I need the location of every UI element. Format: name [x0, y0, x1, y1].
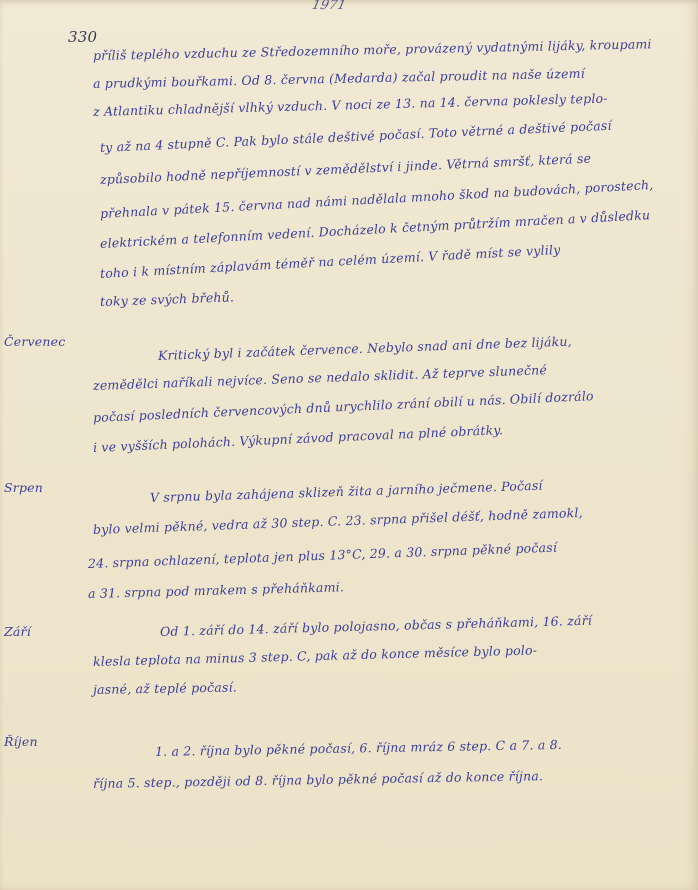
- text-line: počasí posledních červencových dnů urych…: [93, 388, 594, 425]
- text-line: V srpnu byla zahájena sklizeň žita a jar…: [150, 478, 543, 505]
- text-line: z Atlantiku chladnější vlhký vzduch. V n…: [93, 91, 608, 119]
- page-number: 330: [68, 28, 97, 46]
- text-line: toky ze svých břehů.: [100, 289, 235, 309]
- year-header: 1971: [310, 0, 347, 13]
- text-line: a prudkými bouřkami. Od 8. června (Medar…: [93, 66, 585, 91]
- text-line: jasné, až teplé počasí.: [93, 679, 237, 697]
- text-line: 1. a 2. října bylo pěkné počasí, 6. říjn…: [155, 737, 562, 759]
- text-line: Kritický byl i začátek července. Nebylo …: [158, 334, 572, 363]
- month-label: Září: [4, 624, 31, 639]
- month-label: Srpen: [4, 480, 43, 495]
- text-line: zemědělci naříkali nejvíce. Seno se neda…: [93, 362, 547, 393]
- month-label: Červenec: [4, 334, 65, 349]
- text-line: klesla teplota na minus 3 step. C, pak a…: [93, 642, 538, 669]
- text-line: příliš teplého vzduchu ze Středozemního …: [93, 36, 652, 63]
- text-line: a 31. srpna pod mrakem s přeháňkami.: [88, 579, 344, 601]
- text-line: způsobilo hodně nepříjemností v zeměděls…: [100, 151, 592, 187]
- text-line: Od 1. září do 14. září bylo polojasno, o…: [160, 613, 592, 639]
- text-line: i ve vyšších polohách. Výkupní závod pra…: [93, 422, 504, 455]
- text-line: toho i k místním záplavám téměř na celém…: [100, 242, 561, 281]
- text-line: října 5. step., později od 8. října bylo…: [93, 768, 543, 791]
- month-label: Říjen: [4, 734, 38, 749]
- text-line: ty až na 4 stupně C. Pak bylo stále dešt…: [100, 118, 612, 155]
- chronicle-page: 1971 330 příliš teplého vzduchu ze Střed…: [0, 0, 698, 890]
- text-line: bylo velmi pěkné, vedra až 30 step. C. 2…: [93, 505, 583, 537]
- text-line: 24. srpna ochlazení, teplota jen plus 13…: [88, 540, 558, 571]
